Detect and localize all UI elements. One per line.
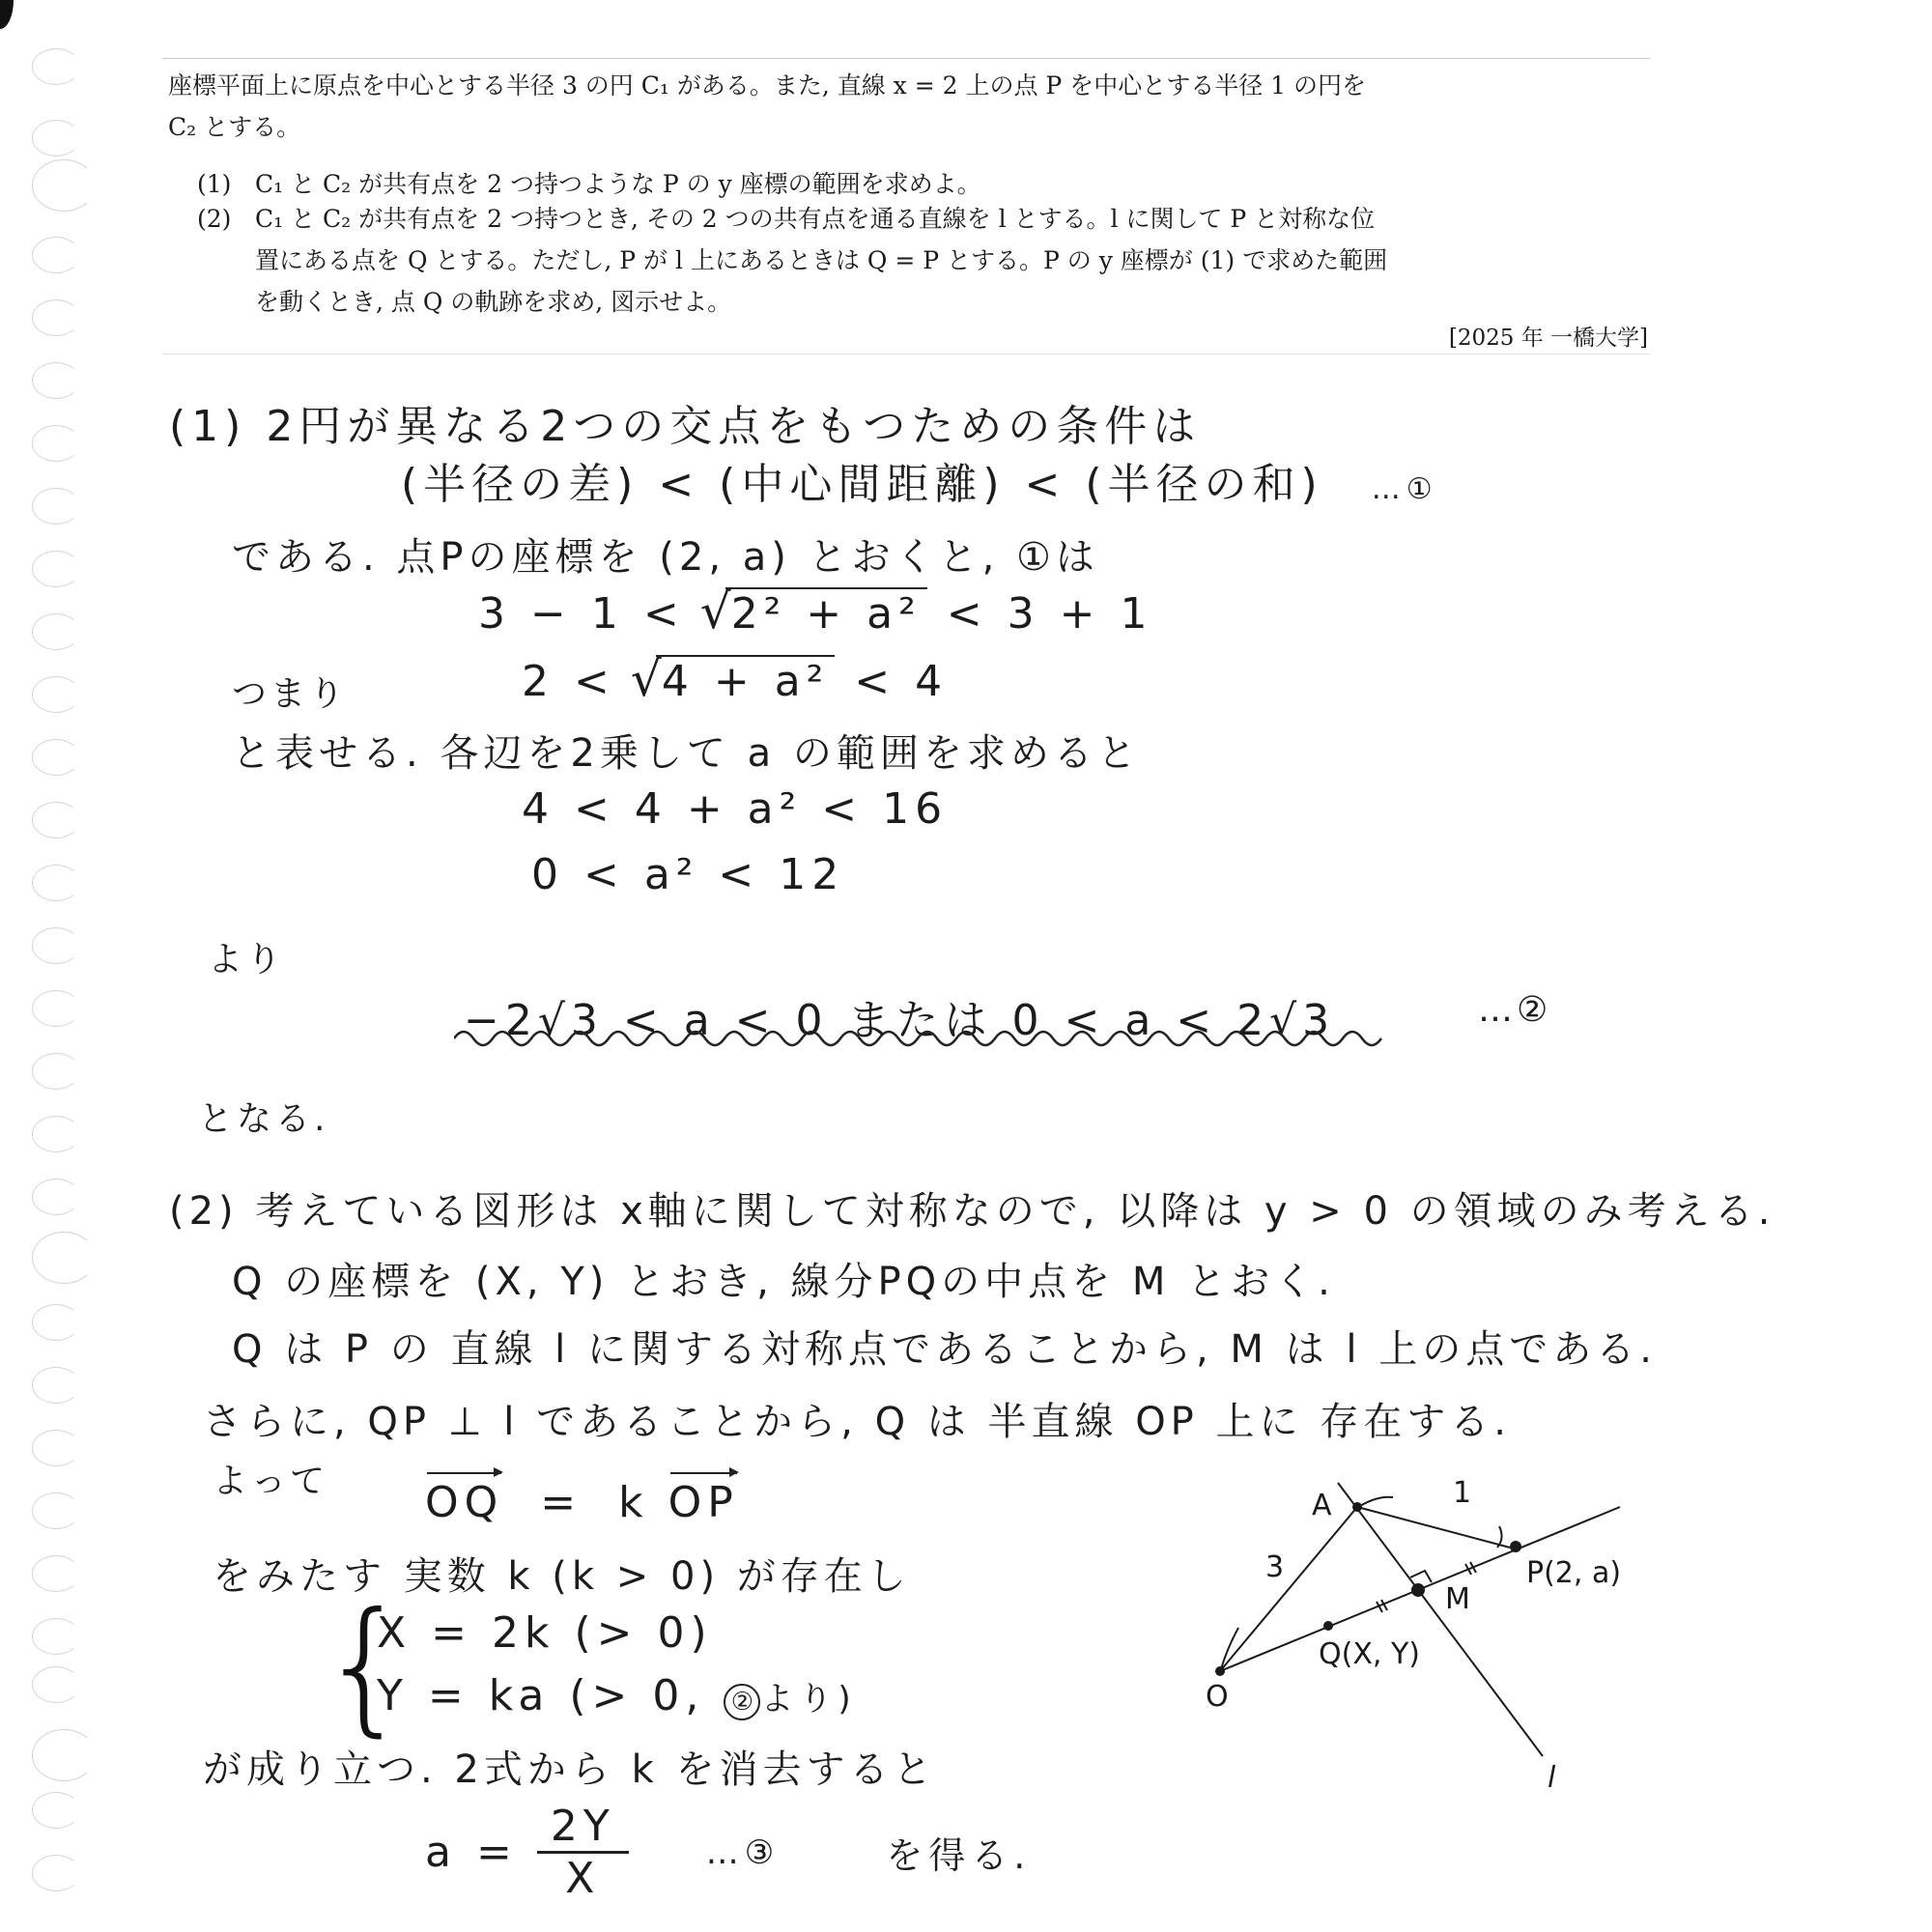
binding-hole [32, 1053, 80, 1090]
label-m: M [1445, 1582, 1470, 1616]
binding-hole [32, 1116, 80, 1152]
binding-hole [32, 865, 80, 901]
part1-setup: である. 点Pの座標を (2, a) とおくと, ①は [232, 526, 1099, 582]
part1-condition: (半径の差) < (中心間距離) < (半径の和) …① [401, 449, 1438, 511]
part1-heading: (1) 2円が異なる2つの交点をもつための条件は [169, 391, 1201, 453]
equation-3: a = 2Y X …③ を得る. [425, 1802, 1031, 1903]
binding-hole [32, 1179, 80, 1215]
inequality-2: 2 < 4 + a² < 4 [522, 657, 948, 706]
system-eq-1: X = 2k (> 0) [377, 1608, 713, 1658]
item-line: 置にある点を Q とする。ただし, P が l 上にあるときは Q = P とす… [255, 240, 1646, 281]
wavy-underline [454, 1024, 1401, 1053]
yori-label: より [208, 932, 285, 981]
numerator: 2Y [537, 1802, 629, 1854]
eq3-lhs: a = [425, 1828, 518, 1877]
binding-hole [32, 1367, 80, 1404]
ref-2: …② [1478, 990, 1551, 1030]
item-line: C₁ と C₂ が共有点を 2 つ持つとき, その 2 つの共有点を通る直線を … [255, 198, 1646, 240]
segment-ap [1357, 1507, 1510, 1548]
radicand: 2² + a² [725, 587, 927, 639]
system-eq-2: Y = ka (> 0, ②より) [377, 1671, 857, 1720]
point-m [1411, 1583, 1425, 1597]
label-o: O [1206, 1680, 1229, 1714]
binding-hole [32, 362, 80, 399]
ineq-right: < 4 [854, 657, 948, 706]
binding-hole [32, 120, 80, 156]
item-line: を動くとき, 点 Q の軌跡を求め, 図示せよ。 [255, 281, 1646, 323]
binding-hole [32, 1555, 80, 1592]
right-angle-mark [1410, 1571, 1432, 1582]
eq-tail: より) [760, 1680, 856, 1719]
label-q: Q(X, Y) [1319, 1637, 1420, 1671]
sqrt-expression: 4 + a² [635, 657, 835, 706]
ref-1: …① [1372, 472, 1438, 506]
tsumari-label: つまり [232, 667, 348, 716]
problem-intro: 座標平面上に原点を中心とする半径 3 の円 C₁ がある。また, 直線 x = … [168, 65, 1646, 148]
fraction: 2Y X [537, 1802, 629, 1903]
binding-hole [32, 1492, 80, 1529]
intro-line-1: 座標平面上に原点を中心とする半径 3 の円 C₁ がある。また, 直線 x = … [168, 65, 1646, 106]
binding-hole [32, 1855, 80, 1891]
vector-equation: OQ = k OP [425, 1478, 739, 1527]
binding-hole [32, 299, 80, 336]
part2-line-6: をみたす 実数 k (k > 0) が存在し [213, 1546, 911, 1601]
eq3-tail: を得る. [886, 1834, 1031, 1877]
binding-hole [32, 1232, 96, 1284]
arawaseru-line: と表せる. 各辺を2乗して a の範囲を求めると [232, 723, 1141, 778]
ineq-left: 3 − 1 < [478, 589, 685, 639]
intro-line-2: C₂ とする。 [168, 106, 1646, 148]
part2-line-9: が成り立つ. 2式から k を消去すると [203, 1739, 936, 1794]
part2-line-1: (2) 考えている図形は x軸に関して対称なので, 以降は y > 0 の領域の… [169, 1180, 1775, 1236]
inequality-1: 3 − 1 < 2² + a² < 3 + 1 [478, 589, 1152, 639]
binding-hole [32, 1304, 80, 1341]
part1-conclusion: となる. [198, 1092, 328, 1141]
spiral-binding [29, 48, 106, 1932]
binding-hole [32, 1430, 80, 1466]
problem-statement: 座標平面上に原点を中心とする半径 3 の円 C₁ がある。また, 直線 x = … [162, 58, 1650, 355]
binding-hole [32, 1666, 80, 1703]
part2-line-4: さらに, QP ⊥ l であることから, Q は 半直線 OP 上に 存在する. [203, 1391, 1511, 1446]
binding-hole [32, 739, 80, 776]
ineq-right: < 3 + 1 [947, 589, 1153, 639]
label-l: l [1548, 1761, 1556, 1795]
inequality-4: 0 < a² < 12 [531, 850, 844, 899]
ref-3: …③ [706, 1833, 780, 1872]
item-body: C₁ と C₂ が共有点を 2 つ持つとき, その 2 つの共有点を通る直線を … [255, 198, 1646, 323]
yotte-label: よって [213, 1454, 328, 1503]
binding-hole [32, 551, 80, 587]
binding-hole [32, 676, 80, 713]
binding-hole [32, 159, 96, 212]
binding-hole [32, 1618, 80, 1655]
scalar-k: k [618, 1478, 648, 1527]
label-radius-1: 1 [1453, 1476, 1471, 1510]
label-p: P(2, a) [1526, 1556, 1621, 1590]
problem-source: [2025 年 一橋大学] [1449, 318, 1648, 359]
sqrt-expression: 2² + a² [704, 589, 927, 639]
denominator: X [537, 1854, 629, 1903]
binding-hole [32, 488, 80, 525]
binding-hole [32, 425, 80, 462]
part2-line-3: Q は P の 直線 l に関する対称点であることから, M は l 上の点であ… [232, 1319, 1657, 1374]
vector-op: OP [668, 1478, 739, 1527]
condition-text: (半径の差) < (中心間距離) < (半径の和) [401, 460, 1323, 509]
point-p [1510, 1541, 1521, 1552]
binding-hole [32, 802, 80, 838]
binding-hole [32, 990, 80, 1027]
binding-hole [32, 237, 80, 273]
inequality-3: 4 < 4 + a² < 16 [522, 784, 948, 834]
binding-hole [32, 613, 80, 650]
point-o [1215, 1666, 1225, 1676]
binding-hole [32, 48, 80, 85]
label-radius-3: 3 [1265, 1550, 1284, 1584]
binding-hole [32, 1729, 96, 1781]
part2-line-2: Q の座標を (X, Y) とおき, 線分PQの中点を M とおく. [232, 1251, 1335, 1306]
line-l [1338, 1483, 1543, 1756]
label-a: A [1312, 1489, 1332, 1522]
page-corner-mark [0, 0, 14, 29]
eq-text: Y = ka (> 0, [377, 1671, 724, 1720]
arc-o [1221, 1628, 1238, 1669]
geometry-diagram: A 1 3 P(2, a) M Q(X, Y) O l [1188, 1449, 1729, 1816]
ineq-left: 2 < [522, 657, 615, 706]
equals: = [540, 1478, 582, 1527]
radicand: 4 + a² [656, 655, 835, 706]
vector-oq: OQ [425, 1478, 503, 1527]
point-a [1352, 1502, 1362, 1512]
binding-hole [32, 927, 80, 964]
point-q [1323, 1621, 1333, 1631]
arc-c1 [1358, 1497, 1393, 1507]
circled-ref: ② [724, 1684, 760, 1720]
item-number: (2) [197, 198, 231, 240]
binding-hole [32, 1792, 80, 1829]
